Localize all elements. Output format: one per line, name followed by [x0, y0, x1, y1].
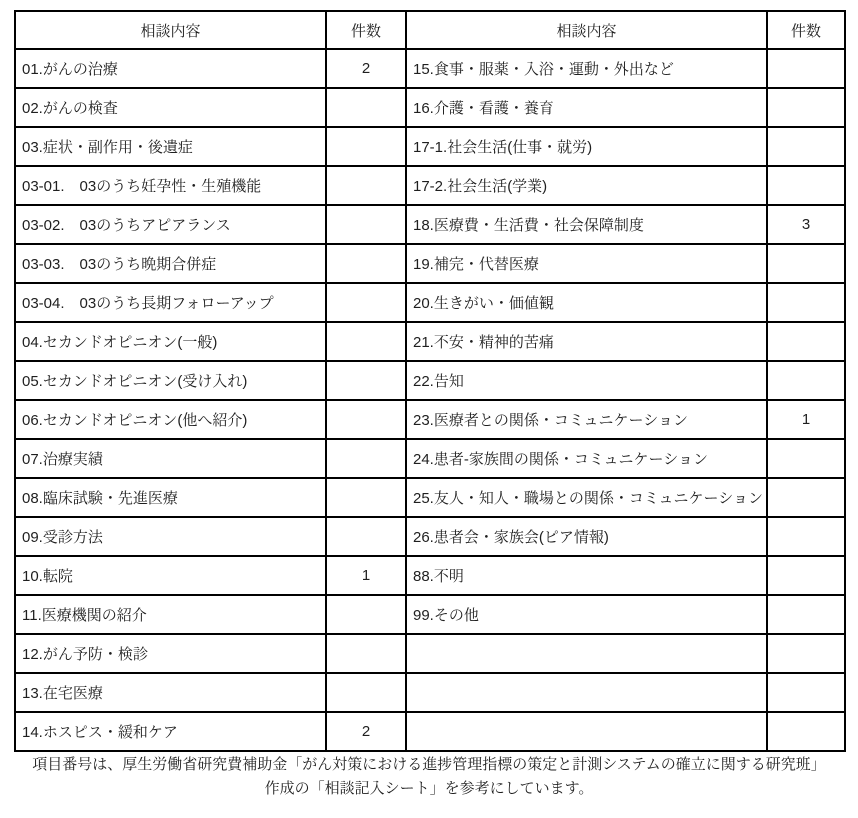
table-row: 02.がんの検査16.介護・看護・養育 — [15, 88, 845, 127]
consultation-table: 相談内容 件数 相談内容 件数 01.がんの治療215.食事・服薬・入浴・運動・… — [14, 10, 846, 752]
footer-note-line2: 作成の「相談記入シート」を参考にしています。 — [0, 777, 858, 801]
consultation-item-label: 21.不安・精神的苦痛 — [406, 322, 767, 361]
consultation-item-label: 12.がん予防・検診 — [15, 634, 326, 673]
consultation-count: 1 — [767, 400, 845, 439]
consultation-count — [767, 88, 845, 127]
consultation-item-label: 10.転院 — [15, 556, 326, 595]
table-row: 01.がんの治療215.食事・服薬・入浴・運動・外出など — [15, 49, 845, 88]
table-row: 03.症状・副作用・後遺症17-1.社会生活(仕事・就労) — [15, 127, 845, 166]
consultation-count — [767, 595, 845, 634]
consultation-item-label: 14.ホスピス・緩和ケア — [15, 712, 326, 751]
consultation-item-label: 09.受診方法 — [15, 517, 326, 556]
col-header-count-left: 件数 — [326, 11, 406, 49]
consultation-item-label: 07.治療実績 — [15, 439, 326, 478]
consultation-item-label — [406, 634, 767, 673]
table-row: 09.受診方法26.患者会・家族会(ピア情報) — [15, 517, 845, 556]
consultation-count — [326, 322, 406, 361]
consultation-count — [767, 166, 845, 205]
consultation-item-label: 03-03. 03のうち晩期合併症 — [15, 244, 326, 283]
table-row: 12.がん予防・検診 — [15, 634, 845, 673]
consultation-item-label — [406, 673, 767, 712]
consultation-count — [326, 439, 406, 478]
consultation-item-label: 08.臨床試験・先進医療 — [15, 478, 326, 517]
consultation-item-label: 03-02. 03のうちアピアランス — [15, 205, 326, 244]
table-header: 相談内容 件数 相談内容 件数 — [15, 11, 845, 49]
consultation-item-label: 20.生きがい・価値観 — [406, 283, 767, 322]
consultation-count: 1 — [326, 556, 406, 595]
consultation-item-label: 99.その他 — [406, 595, 767, 634]
consultation-item-label: 03-01. 03のうち妊孕性・生殖機能 — [15, 166, 326, 205]
consultation-item-label: 23.医療者との関係・コミュニケーション — [406, 400, 767, 439]
consultation-item-label: 18.医療費・生活費・社会保障制度 — [406, 205, 767, 244]
consultation-count — [767, 478, 845, 517]
table-row: 08.臨床試験・先進医療25.友人・知人・職場との関係・コミュニケーション — [15, 478, 845, 517]
footer-note: 項目番号は、厚生労働省研究費補助金「がん対策における進捗管理指標の策定と計測シス… — [0, 753, 858, 801]
footer-note-line1: 項目番号は、厚生労働省研究費補助金「がん対策における進捗管理指標の策定と計測シス… — [0, 753, 858, 777]
table-row: 03-03. 03のうち晩期合併症19.補完・代替医療 — [15, 244, 845, 283]
consultation-count — [767, 517, 845, 556]
consultation-count — [767, 439, 845, 478]
consultation-count — [326, 283, 406, 322]
consultation-item-label: 15.食事・服薬・入浴・運動・外出など — [406, 49, 767, 88]
consultation-count — [767, 673, 845, 712]
consultation-count — [326, 517, 406, 556]
consultation-count — [326, 478, 406, 517]
consultation-count — [767, 283, 845, 322]
consultation-count — [326, 244, 406, 283]
consultation-item-label: 11.医療機関の紹介 — [15, 595, 326, 634]
consultation-item-label: 03-04. 03のうち長期フォローアップ — [15, 283, 326, 322]
consultation-item-label: 13.在宅医療 — [15, 673, 326, 712]
consultation-count — [326, 673, 406, 712]
table-row: 07.治療実績24.患者-家族間の関係・コミュニケーション — [15, 439, 845, 478]
consultation-item-label — [406, 712, 767, 751]
col-header-content-left: 相談内容 — [15, 11, 326, 49]
consultation-count — [326, 88, 406, 127]
consultation-item-label: 05.セカンドオピニオン(受け入れ) — [15, 361, 326, 400]
consultation-item-label: 22.告知 — [406, 361, 767, 400]
header-row: 相談内容 件数 相談内容 件数 — [15, 11, 845, 49]
consultation-count: 2 — [326, 49, 406, 88]
consultation-count: 3 — [767, 205, 845, 244]
table-row: 14.ホスピス・緩和ケア2 — [15, 712, 845, 751]
table-row: 10.転院188.不明 — [15, 556, 845, 595]
consultation-count — [326, 400, 406, 439]
consultation-item-label: 19.補完・代替医療 — [406, 244, 767, 283]
consultation-item-label: 16.介護・看護・養育 — [406, 88, 767, 127]
table-body: 01.がんの治療215.食事・服薬・入浴・運動・外出など02.がんの検査16.介… — [15, 49, 845, 751]
consultation-item-label: 01.がんの治療 — [15, 49, 326, 88]
consultation-item-label: 25.友人・知人・職場との関係・コミュニケーション — [406, 478, 767, 517]
table-row: 13.在宅医療 — [15, 673, 845, 712]
consultation-item-label: 04.セカンドオピニオン(一般) — [15, 322, 326, 361]
consultation-count — [767, 49, 845, 88]
table-row: 05.セカンドオピニオン(受け入れ)22.告知 — [15, 361, 845, 400]
consultation-count — [326, 595, 406, 634]
consultation-item-label: 02.がんの検査 — [15, 88, 326, 127]
consultation-count — [326, 361, 406, 400]
col-header-count-right: 件数 — [767, 11, 845, 49]
table-row: 04.セカンドオピニオン(一般)21.不安・精神的苦痛 — [15, 322, 845, 361]
table-row: 11.医療機関の紹介99.その他 — [15, 595, 845, 634]
consultation-count — [767, 127, 845, 166]
consultation-count — [326, 634, 406, 673]
consultation-item-label: 03.症状・副作用・後遺症 — [15, 127, 326, 166]
consultation-count: 2 — [326, 712, 406, 751]
page: 相談内容 件数 相談内容 件数 01.がんの治療215.食事・服薬・入浴・運動・… — [0, 0, 858, 818]
consultation-count — [767, 712, 845, 751]
consultation-count — [767, 634, 845, 673]
consultation-count — [767, 322, 845, 361]
consultation-item-label: 26.患者会・家族会(ピア情報) — [406, 517, 767, 556]
table-row: 03-04. 03のうち長期フォローアップ20.生きがい・価値観 — [15, 283, 845, 322]
consultation-count — [767, 361, 845, 400]
consultation-item-label: 06.セカンドオピニオン(他へ紹介) — [15, 400, 326, 439]
consultation-item-label: 17-1.社会生活(仕事・就労) — [406, 127, 767, 166]
table-row: 03-01. 03のうち妊孕性・生殖機能17-2.社会生活(学業) — [15, 166, 845, 205]
consultation-count — [326, 127, 406, 166]
table-row: 06.セカンドオピニオン(他へ紹介)23.医療者との関係・コミュニケーション1 — [15, 400, 845, 439]
consultation-count — [326, 166, 406, 205]
consultation-item-label: 17-2.社会生活(学業) — [406, 166, 767, 205]
consultation-count — [767, 556, 845, 595]
consultation-count — [767, 244, 845, 283]
col-header-content-right: 相談内容 — [406, 11, 767, 49]
consultation-item-label: 24.患者-家族間の関係・コミュニケーション — [406, 439, 767, 478]
consultation-count — [326, 205, 406, 244]
table-row: 03-02. 03のうちアピアランス18.医療費・生活費・社会保障制度3 — [15, 205, 845, 244]
consultation-item-label: 88.不明 — [406, 556, 767, 595]
